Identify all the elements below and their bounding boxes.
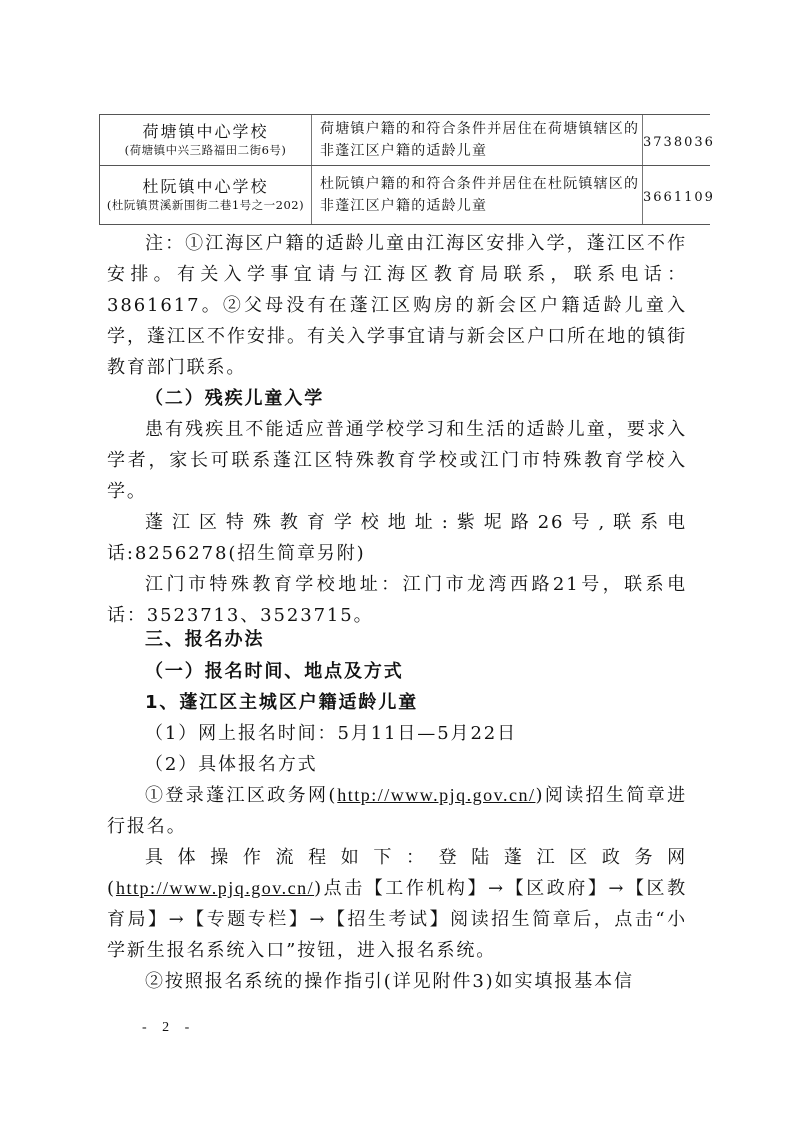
disabled-paragraph-3: 江门市特殊教育学校地址：江门市龙湾西路21号，联系电话：3523713、3523… (107, 569, 687, 631)
eligibility-text: 杜阮镇户籍的和符合条件并居住在杜阮镇辖区的非蓬江区户籍的适龄儿童 (320, 173, 642, 217)
school-address: (杜阮镇贯溪新围街二巷1号之一202) (100, 197, 311, 213)
sub-heading-time-place: （一）报名时间、地点及方式 (107, 656, 687, 687)
table-row: 荷塘镇中心学校 (荷塘镇中兴三路福田二街6号) 荷塘镇户籍的和符合条件并居住在荷… (100, 115, 711, 166)
disabled-paragraph-1: 患有残疾且不能适应普通学校学习和生活的适龄儿童，要求入学者，家长可联系蓬江区特殊… (107, 414, 687, 507)
disabled-paragraph-2: 蓬江区特殊教育学校地址:紫坭路26号,联系电话:8256278(招生简章另附) (107, 507, 687, 569)
section-heading-registration: 三、报名办法 (107, 624, 687, 655)
flow-paragraph: 具体操作流程如下：登陆蓬江区政务网(http://www.pjq.gov.cn/… (107, 842, 687, 966)
step-1-paragraph: ①登录蓬江区政务网(http://www.pjq.gov.cn/)阅读招生简章进… (107, 780, 687, 842)
note-paragraph: 注：①江海区户籍的适龄儿童由江海区安排入学，蓬江区不作安排。有关入学事宜请与江海… (107, 228, 687, 383)
table-row: 杜阮镇中心学校 (杜阮镇贯溪新围街二巷1号之一202) 杜阮镇户籍的和符合条件并… (100, 166, 711, 225)
step-2-paragraph: ②按照报名系统的操作指引(详见附件3)如实填报基本信 (107, 966, 687, 997)
eligibility-text: 荷塘镇户籍的和符合条件并居住在荷塘镇辖区的非蓬江区户籍的适龄儿童 (320, 118, 642, 162)
page-number: - 2 - (142, 1020, 195, 1036)
gov-site-link[interactable]: http://www.pjq.gov.cn/ (116, 878, 314, 898)
phone-number: 3738036 (643, 135, 715, 150)
school-address: (荷塘镇中兴三路福田二街6号) (100, 142, 311, 158)
school-table: 荷塘镇中心学校 (荷塘镇中兴三路福田二街6号) 荷塘镇户籍的和符合条件并居住在荷… (99, 114, 710, 225)
section-heading-disabled: （二）残疾儿童入学 (107, 383, 687, 414)
item-heading-main-district: 1、蓬江区主城区户籍适龄儿童 (107, 687, 687, 718)
school-name: 杜阮镇中心学校 (100, 177, 311, 197)
step-1-prefix: ①登录蓬江区政务网( (145, 785, 337, 806)
school-cell: 杜阮镇中心学校 (杜阮镇贯溪新围街二巷1号之一202) (100, 166, 312, 225)
school-cell: 荷塘镇中心学校 (荷塘镇中兴三路福田二街6号) (100, 115, 312, 166)
school-name: 荷塘镇中心学校 (100, 122, 311, 142)
phone-cell: 3661109 (643, 166, 711, 225)
document-page: 荷塘镇中心学校 (荷塘镇中兴三路福田二街6号) 荷塘镇户籍的和符合条件并居住在荷… (0, 0, 793, 1123)
gov-site-link[interactable]: http://www.pjq.gov.cn/ (337, 785, 535, 805)
eligibility-cell: 荷塘镇户籍的和符合条件并居住在荷塘镇辖区的非蓬江区户籍的适龄儿童 (312, 115, 643, 166)
eligibility-cell: 杜阮镇户籍的和符合条件并居住在杜阮镇辖区的非蓬江区户籍的适龄儿童 (312, 166, 643, 225)
phone-cell: 3738036 (643, 115, 711, 166)
online-registration-time: （1）网上报名时间：5月11日—5月22日 (107, 718, 687, 749)
phone-number: 3661109 (643, 190, 715, 205)
registration-method-heading: （2）具体报名方式 (107, 749, 687, 780)
